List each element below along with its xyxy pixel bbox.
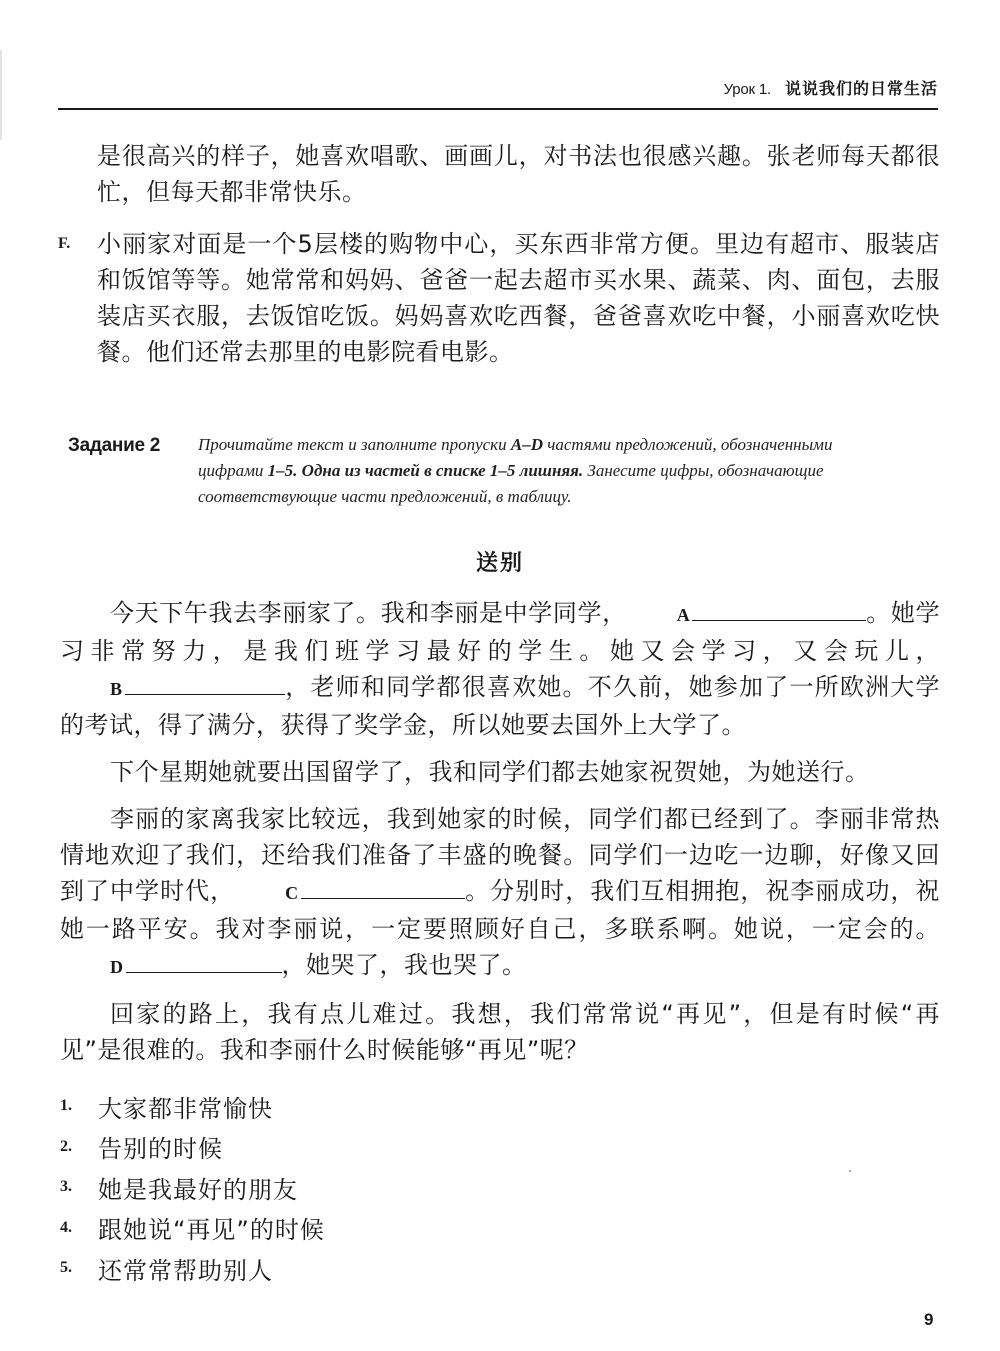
- option-text: 大家都非常愉快: [98, 1089, 273, 1124]
- story-paragraph: 李丽的家离我家比较远，我到她家的时候，同学们都已经到了。李丽非常热情地欢迎了我们…: [60, 801, 940, 985]
- story-title: 送别: [0, 548, 1000, 580]
- instruction-part: Прочитайте текст и заполните пропуски: [198, 435, 511, 454]
- story-text-segment: ，她哭了，我也哭了。: [282, 951, 527, 979]
- section-f: F. 小丽家对面是一个5层楼的购物中心，买东西非常方便。里边有超市、服装店和饭馆…: [58, 226, 940, 370]
- lesson-title: 说说我们的日常生活: [785, 79, 938, 98]
- gap-c-blank[interactable]: C: [235, 873, 465, 911]
- gap-underline: [301, 878, 465, 899]
- answer-options-list: 1.大家都非常愉快 2.告别的时候 3.她是我最好的朋友 4.跟她说“再见”的时…: [60, 1086, 660, 1289]
- gap-letter: C: [285, 883, 299, 903]
- option-text: 告别的时候: [98, 1129, 223, 1164]
- task-2: Задание 2 Прочитайте текст и заполните п…: [68, 432, 948, 510]
- section-f-text: 小丽家对面是一个5层楼的购物中心，买东西非常方便。里边有超市、服装店和饭馆等等。…: [97, 226, 940, 370]
- gap-b-blank[interactable]: B: [60, 669, 285, 707]
- gap-d-blank[interactable]: D: [60, 947, 282, 985]
- task-label: Задание 2: [68, 432, 160, 460]
- option-item-2: 2.告别的时候: [60, 1127, 660, 1168]
- option-number: 4.: [60, 1219, 98, 1237]
- option-number: 5.: [60, 1259, 98, 1277]
- lesson-number: Урок 1.: [724, 81, 771, 98]
- story-paragraph: 回家的路上，我有点儿难过。我想，我们常常说“再见”，但是有时候“再见”是很难的。…: [60, 996, 940, 1068]
- instruction-bold: 1–5. Одна из частей в списке 1–5 лишняя.: [268, 461, 584, 480]
- story-text: 今天下午我去李丽家了。我和李丽是中学同学，A。她学习非常努力，是我们班学习最好的…: [60, 595, 940, 1079]
- textbook-page: Урок 1.说说我们的日常生活 是很高兴的样子，她喜欢唱歌、画画儿，对书法也很…: [0, 0, 1000, 1351]
- continued-paragraph: 是很高兴的样子，她喜欢唱歌、画画儿，对书法也很感兴趣。张老师每天都很忙，但每天都…: [97, 138, 940, 210]
- page-number: 9: [924, 1310, 933, 1330]
- option-text: 跟她说“再见”的时候: [98, 1210, 325, 1245]
- option-number: 2.: [60, 1138, 98, 1156]
- instruction-bold: A–D: [511, 435, 543, 454]
- gap-letter: D: [110, 957, 124, 977]
- gap-a-blank[interactable]: A: [627, 595, 867, 633]
- lesson-heading: Урок 1.说说我们的日常生活: [724, 76, 938, 99]
- story-paragraph: 下个星期她就要出国留学了，我和同学们都去她家祝贺她，为她送行。: [60, 754, 940, 790]
- task-instruction: Прочитайте текст и заполните пропуски A–…: [198, 432, 898, 510]
- story-paragraph: 今天下午我去李丽家了。我和李丽是中学同学，A。她学习非常努力，是我们班学习最好的…: [60, 595, 940, 743]
- gap-underline: [125, 674, 285, 695]
- running-header: Урок 1.说说我们的日常生活: [58, 72, 938, 110]
- option-item-4: 4.跟她说“再见”的时候: [60, 1208, 660, 1249]
- option-text: 她是我最好的朋友: [98, 1170, 298, 1205]
- option-number: 1.: [60, 1097, 98, 1115]
- gap-letter: B: [110, 679, 123, 699]
- option-number: 3.: [60, 1178, 98, 1196]
- section-f-marker: F.: [58, 226, 97, 262]
- gap-underline: [126, 952, 282, 973]
- option-item-3: 3.她是我最好的朋友: [60, 1167, 660, 1208]
- option-item-5: 5.还常常帮助别人: [60, 1248, 660, 1289]
- gap-letter: A: [677, 605, 691, 625]
- story-text-segment: 今天下午我去李丽家了。我和李丽是中学同学，: [110, 599, 627, 627]
- scan-edge-mark: [0, 50, 2, 140]
- option-item-1: 1.大家都非常愉快: [60, 1086, 660, 1127]
- continued-paragraph-text: 是很高兴的样子，她喜欢唱歌、画画儿，对书法也很感兴趣。张老师每天都很忙，但每天都…: [97, 138, 940, 210]
- scan-speck: [849, 1170, 851, 1172]
- gap-underline: [692, 600, 866, 621]
- option-text: 还常常帮助别人: [98, 1251, 273, 1286]
